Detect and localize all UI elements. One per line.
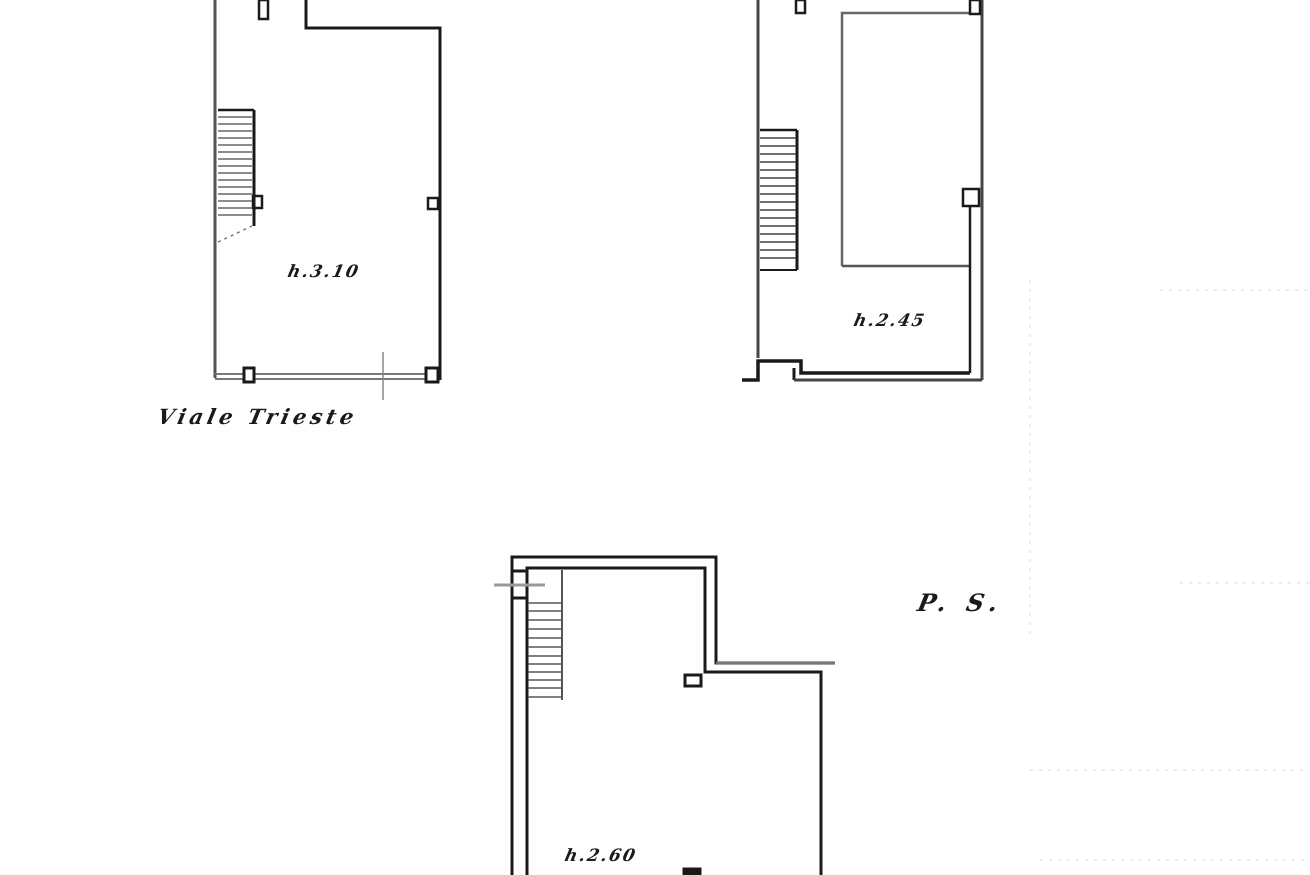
pillar	[426, 368, 438, 382]
plan-c	[494, 557, 835, 875]
pillar	[796, 0, 805, 13]
plan-a-height-label: h.3.10	[286, 262, 362, 282]
plan-b-stair	[760, 130, 797, 270]
plan-c-stair	[528, 570, 562, 700]
plan-a-upper-wall	[306, 0, 440, 380]
plan-b-height-label: h.2.45	[852, 311, 928, 331]
floor-code-label: P. S.	[915, 588, 1007, 617]
plan-b-entrance	[742, 361, 970, 380]
floor-plan-drawing	[0, 0, 1310, 875]
floor-plan-sheet: h.3.10 h.2.45 h.2.60 Viale Trieste P. S.	[0, 0, 1310, 875]
plan-b-inner-room	[842, 13, 975, 266]
scan-artifacts	[1030, 280, 1310, 860]
plan-c-outer-wall	[512, 557, 835, 875]
plan-a	[215, 0, 440, 400]
pillar	[963, 189, 979, 206]
pillar	[259, 0, 268, 19]
plan-c-height-label: h.2.60	[563, 846, 639, 866]
plan-a-stair	[218, 110, 254, 242]
pillar	[685, 675, 701, 686]
pillar	[684, 869, 700, 875]
pillar	[428, 198, 438, 209]
pillar	[244, 368, 254, 382]
plan-c-inner-wall	[527, 568, 821, 875]
pillar	[970, 0, 980, 14]
street-name-label: Viale Trieste	[155, 404, 360, 429]
